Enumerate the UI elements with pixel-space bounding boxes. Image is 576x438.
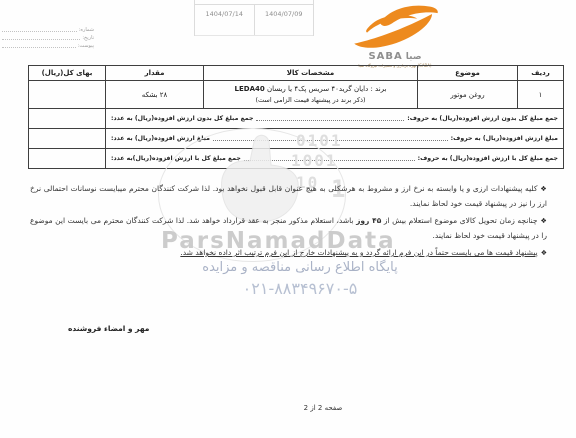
item-row: ۱ روغن موتور برند : دایان گرید۴۰ سریس پک… bbox=[29, 81, 564, 109]
letterhead-fields: شماره: تاریخ: پیوست: bbox=[2, 25, 94, 49]
vat-words-label: مبلغ ارزش افزوده(ریال) به حروف: bbox=[451, 135, 558, 142]
with-vat-digits-label: جمع مبلغ کل با ارزش افزوده(ریال)به عدد: bbox=[111, 155, 241, 162]
summary-vat-cell: مبلغ ارزش افزوده(ریال) به حروف: مبلغ ارز… bbox=[106, 129, 564, 149]
spec-line2: (ذکر برند در پیشنهاد قیمت الزامی است) bbox=[204, 96, 417, 105]
attachment-label: پیوست: bbox=[78, 43, 94, 49]
condition-form-only: ❖پیشنهاد قیمت ها می بایست حتماً در این ف… bbox=[30, 246, 547, 261]
condition-currency-text: کلیه پیشنهادات ارزی و یا وابسته به نرخ ا… bbox=[30, 184, 547, 208]
vat-amount-cell bbox=[29, 129, 106, 149]
table-header-row: ردیف موضوع مشخصات کالا مقدار بهای کل(ریا… bbox=[29, 66, 564, 81]
summary-row-with-vat: جمع مبلغ کل با ارزش افزوده(ریال) به حروف… bbox=[29, 149, 564, 169]
summary-with-vat-cell: جمع مبلغ کل با ارزش افزوده(ریال) به حروف… bbox=[106, 149, 564, 169]
condition-delivery-days: ۴۵ روز bbox=[356, 216, 381, 225]
header-qty: مقدار bbox=[106, 66, 204, 81]
condition-form-only-text: پیشنهاد قیمت ها می بایست حتماً در این فر… bbox=[180, 248, 537, 257]
item-radif: ۱ bbox=[518, 81, 564, 109]
header-radif: ردیف bbox=[518, 66, 564, 81]
header-specs: مشخصات کالا bbox=[204, 66, 418, 81]
no-vat-fill-line bbox=[256, 117, 404, 121]
header-subject: موضوع bbox=[418, 66, 518, 81]
bullet-icon: ❖ bbox=[541, 249, 547, 257]
date-cell-left: 1404/07/14 bbox=[195, 5, 254, 35]
summary-row-vat: مبلغ ارزش افزوده(ریال) به حروف: مبلغ ارز… bbox=[29, 129, 564, 149]
item-total bbox=[29, 81, 106, 109]
saba-latin-text: SABA bbox=[368, 52, 402, 62]
no-vat-digits-label: جمع مبلغ کل بدون ارزش افزوده(ریال) به عد… bbox=[111, 115, 253, 122]
header-total: بهای کل(ریال) bbox=[29, 66, 106, 81]
attachment-fill-line bbox=[2, 47, 76, 48]
with-vat-words-label: جمع مبلغ کل با ارزش افزوده(ریال) به حروف… bbox=[418, 155, 558, 162]
quotation-table: ردیف موضوع مشخصات کالا مقدار بهای کل(ریا… bbox=[28, 65, 564, 169]
summary-row-no-vat: جمع مبلغ کل بدون ارزش افزوده(ریال) به حر… bbox=[29, 109, 564, 129]
watermark-phone-number: ۰۲۱-۸۸۳۴۹۶۷۰-۵ bbox=[140, 279, 460, 298]
letterhead-attachment-row: پیوست: bbox=[2, 41, 94, 49]
with-vat-fill-line bbox=[244, 157, 415, 161]
item-qty: ۲۸ بشکه bbox=[106, 81, 204, 109]
saba-swoosh-icon bbox=[347, 2, 443, 52]
vat-fill-line bbox=[213, 137, 448, 141]
bullet-icon: ❖ bbox=[540, 185, 547, 193]
date-table-row: 1404/07/14 1404/07/09 bbox=[195, 4, 313, 36]
date-label: تاریخ: bbox=[82, 35, 94, 41]
vat-digits-label: مبلغ ارزش افزوده(ریال) به عدد: bbox=[111, 135, 210, 142]
seller-signature-label: مهر و امضاء فروشنده bbox=[68, 324, 149, 333]
no-vat-amount-cell bbox=[29, 109, 106, 129]
number-label: شماره: bbox=[79, 27, 94, 33]
scanned-quotation-form: شماره: تاریخ: پیوست: 1404/07/14 1404/07/… bbox=[0, 0, 576, 438]
condition-delivery: ❖چنانچه زمان تحویل کالای موضوع استعلام ب… bbox=[30, 214, 547, 242]
with-vat-amount-cell bbox=[29, 149, 106, 169]
letterhead-number-row: شماره: bbox=[2, 25, 94, 33]
page-number: صفحه 2 از 2 bbox=[288, 404, 358, 412]
summary-no-vat-cell: جمع مبلغ کل بدون ارزش افزوده(ریال) به حر… bbox=[106, 109, 564, 129]
spec-brand-code: LEDA40 bbox=[235, 85, 265, 93]
condition-currency: ❖کلیه پیشنهادات ارزی و یا وابسته به نرخ … bbox=[30, 182, 547, 210]
saba-wordmark: SABA صبا bbox=[343, 52, 447, 62]
spec-line1: برند : دایان گرید۴۰ سریس پک۴ یا ریسان LE… bbox=[204, 85, 417, 94]
number-fill-line bbox=[2, 31, 77, 32]
item-subject: روغن موتور bbox=[418, 81, 518, 109]
bullet-icon: ❖ bbox=[541, 217, 547, 225]
date-cell-right: 1404/07/09 bbox=[254, 5, 314, 35]
condition-delivery-pre: چنانچه زمان تحویل کالای موضوع استعلام بی… bbox=[381, 216, 537, 225]
date-stamp-table: 1404/07/14 1404/07/09 bbox=[194, 0, 314, 36]
date-fill-line bbox=[2, 39, 80, 40]
letterhead-date-row: تاریخ: bbox=[2, 33, 94, 41]
conditions-list: ❖کلیه پیشنهادات ارزی و یا وابسته به نرخ … bbox=[30, 182, 547, 265]
item-specs: برند : دایان گرید۴۰ سریس پک۴ یا ریسان LE… bbox=[204, 81, 418, 109]
saba-persian-text: صبا bbox=[406, 52, 422, 62]
no-vat-words-label: جمع مبلغ کل بدون ارزش افزوده(ریال) به حر… bbox=[407, 115, 558, 122]
saba-logo: SABA صبا بهره برداری و تعمیرات نیروگاه ص… bbox=[343, 2, 447, 68]
spec-line1-text: برند : دایان گرید۴۰ سریس پک۴ یا ریسان bbox=[265, 85, 387, 93]
